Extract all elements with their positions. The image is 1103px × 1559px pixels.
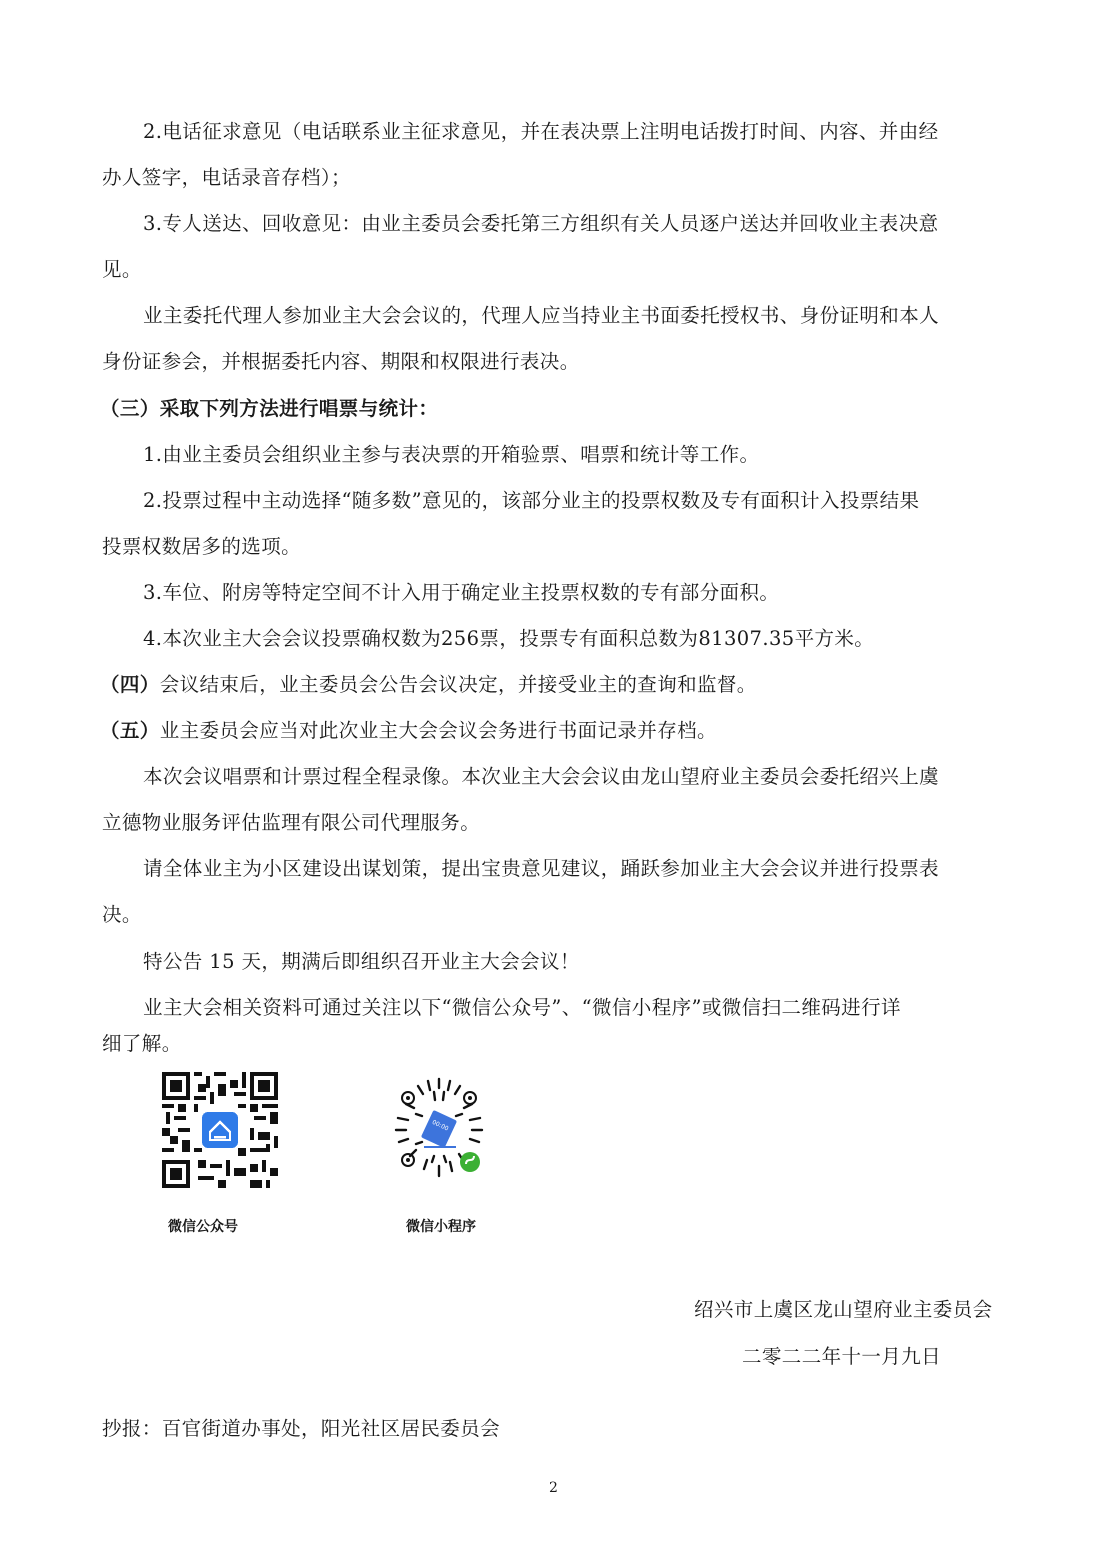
- section-heading-3: （三）采取下列方法进行唱票与统计：: [100, 397, 438, 421]
- paragraph-proxy-1: 业主委托代理人参加业主大会会议的，代理人应当持业主书面委托授权书、身份证明和本人: [143, 304, 939, 328]
- signature-date: 二零二二年十一月九日: [742, 1345, 941, 1369]
- cc-recipients: 抄报：百官街道办事处，阳光社区居民委员会: [102, 1417, 500, 1441]
- section-5-prefix: （五）: [100, 719, 160, 742]
- paragraph-counting-1: 1.由业主委员会组织业主参与表决票的开箱验票、唱票和统计等工作。: [143, 443, 759, 467]
- paragraph-proxy-2: 身份证参会，并根据委托内容、期限和权限进行表决。: [102, 350, 580, 374]
- wechat-mini-program-code[interactable]: 00:00: [384, 1074, 494, 1184]
- paragraph-vote-total: 4.本次业主大会会议投票确权数为256票，投票专有面积总数为81307.35平方…: [143, 627, 874, 651]
- section-4-prefix: （四）: [100, 673, 160, 696]
- paragraph-majority-2: 投票权数居多的选项。: [102, 535, 301, 559]
- paragraph-majority-1: 2.投票过程中主动选择“随多数”意见的，该部分业主的投票权数及专有面积计入投票结…: [143, 489, 919, 513]
- section-5: （五）业主委员会应当对此次业主大会会议会务进行书面记录并存档。: [100, 719, 717, 743]
- paragraph-notice-period: 特公告 15 天，期满后即组织召开业主大会会议！: [143, 950, 580, 974]
- paragraph-parking: 3.车位、附房等特定空间不计入用于确定业主投票权数的专有部分面积。: [143, 581, 779, 605]
- paragraph-phone-consult-1: 2.电话征求意见（电话联系业主征求意见，并在表决票上注明电话拨打时间、内容、并由…: [143, 120, 939, 144]
- wechat-official-account-qr[interactable]: [162, 1072, 278, 1188]
- paragraph-delivery-2: 见。: [102, 258, 142, 282]
- paragraph-recording-2: 立德物业服务评估监理有限公司代理服务。: [102, 811, 480, 835]
- paragraph-phone-consult-2: 办人签字，电话录音存档）；: [102, 166, 351, 190]
- wechat-official-account-label: 微信公众号: [168, 1216, 238, 1236]
- paragraph-delivery-1: 3.专人送达、回收意见：由业主委员会委托第三方组织有关人员逐户送达并回收业主表决…: [143, 212, 939, 236]
- section-5-text: 业主委员会应当对此次业主大会会议会务进行书面记录并存档。: [160, 719, 717, 742]
- qr-code-icon: [162, 1072, 278, 1188]
- paragraph-invite-1: 请全体业主为小区建设出谋划策，提出宝贵意见建议，踊跃参加业主大会会议并进行投票表: [143, 857, 939, 881]
- paragraph-recording-1: 本次会议唱票和计票过程全程录像。本次业主大会会议由龙山望府业主委员会委托绍兴上虞: [143, 765, 939, 789]
- wechat-mini-program-label: 微信小程序: [406, 1216, 476, 1236]
- page-number: 2: [549, 1480, 558, 1496]
- paragraph-wechat-info-2: 细了解。: [102, 1032, 182, 1056]
- signature-organization: 绍兴市上虞区龙山望府业主委员会: [694, 1298, 993, 1322]
- section-4-text: 会议结束后，业主委员会公告会议决定，并接受业主的查询和监督。: [160, 673, 757, 696]
- paragraph-invite-2: 决。: [102, 903, 142, 927]
- mini-program-code-icon: 00:00: [384, 1074, 494, 1184]
- section-4: （四）会议结束后，业主委员会公告会议决定，并接受业主的查询和监督。: [100, 673, 757, 697]
- paragraph-wechat-info-1: 业主大会相关资料可通过关注以下“微信公众号”、“微信小程序”或微信扫二维码进行详: [143, 996, 901, 1020]
